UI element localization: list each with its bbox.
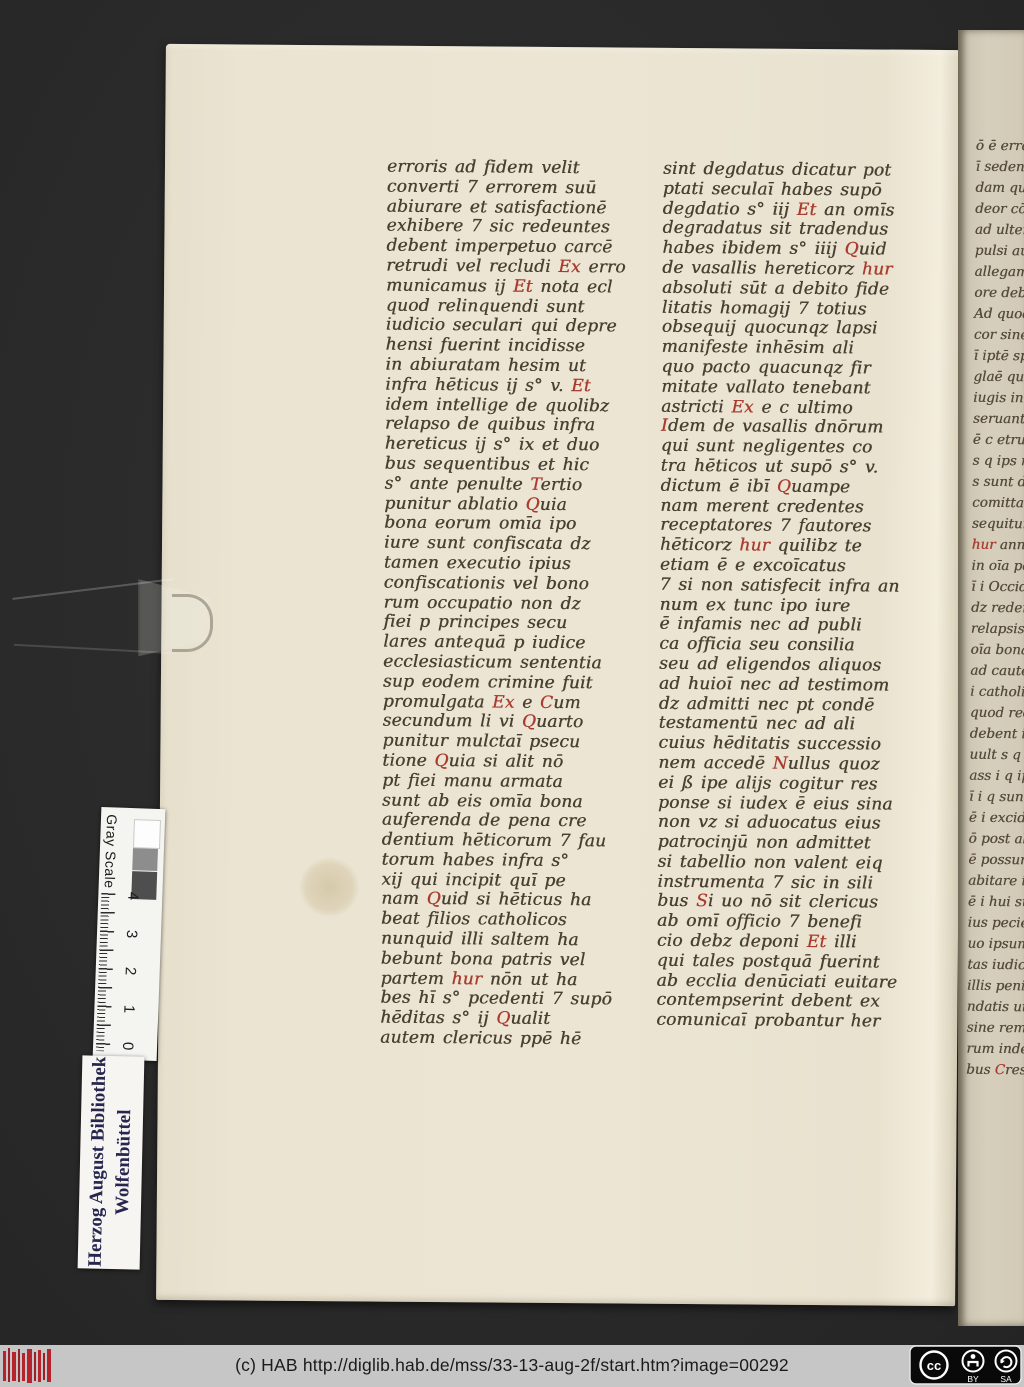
manuscript-line: seruant cu: [973, 409, 1024, 431]
ruler-number: 1: [121, 1000, 138, 1017]
manuscript-line: ī i Occidentē: [971, 577, 1024, 599]
adjacent-page-edge: ō ē errorī sedentēdam qui rdeor cōllatad…: [958, 30, 1024, 1326]
ruler-ticks-major: [96, 893, 116, 1051]
library-label-line2: Wolfenbüttel: [109, 1056, 140, 1269]
manuscript-line: debent iudic: [970, 724, 1024, 746]
manuscript-line: tas iudicio sue: [967, 955, 1024, 977]
manuscript-line: bus Creseruat: [966, 1060, 1024, 1082]
manuscript-line: iugis in illis: [973, 388, 1024, 410]
manuscript-line: dz redempt o: [971, 598, 1024, 620]
ruler-numbers: 43210: [101, 807, 165, 809]
manuscript-line: illis penitus au: [967, 976, 1024, 998]
library-label-line1: Herzog August Bibliothek: [83, 1055, 114, 1268]
gray-scale-ruler: Gray Scale 43210: [93, 807, 166, 1061]
manuscript-line: ius pecierit in: [968, 913, 1024, 935]
manuscript-line: abitare i purg: [968, 871, 1024, 893]
manuscript-line: s q ips mli: [972, 451, 1024, 473]
manuscript-line: ī iptē special: [974, 346, 1024, 368]
manuscript-line: autem clericus ppē hē: [380, 1029, 642, 1051]
text-column-right: sint degdatus dicatur potptati seculaī h…: [656, 160, 925, 1033]
sa-label: SA: [1000, 1374, 1012, 1384]
manuscript-line: ad cautelam: [970, 661, 1024, 683]
manuscript-line: pulsi aut d: [975, 241, 1024, 263]
manuscript-line: ē c etrum s: [973, 430, 1024, 452]
gray-patch-white: [133, 819, 161, 849]
ruler-number: 3: [124, 925, 141, 942]
ruler-number: 2: [122, 963, 139, 980]
manuscript-line: in oīa possess: [971, 556, 1024, 578]
manuscript-line: ō post abiurat: [968, 829, 1024, 851]
digitized-manuscript-photo: erroris ad fidem velitconverti 7 errorem…: [0, 0, 1024, 1387]
gray-patch-mid: [132, 848, 158, 871]
manuscript-line: uo ipsum conu: [967, 934, 1024, 956]
manuscript-line: glaē quorz: [973, 367, 1024, 389]
cc-license-badge: cc BY SA: [909, 1345, 1022, 1385]
manuscript-line: quod reddat: [970, 703, 1024, 725]
text-column-left: erroris ad fidem velitconverti 7 errorem…: [380, 158, 649, 1051]
by-label: BY: [967, 1374, 979, 1384]
manuscript-line: ē i excident: [969, 808, 1024, 830]
manuscript-line: Ad quod nun: [974, 304, 1024, 326]
ruler-number: 0: [120, 1038, 137, 1055]
manuscript-line: ī sedentē: [976, 157, 1024, 179]
manuscript-line: ore debit p: [974, 283, 1024, 305]
adjacent-page-text: ō ē errorī sedentēdam qui rdeor cōllatad…: [966, 136, 1024, 1082]
manuscript-line: ē possum ad se: [968, 850, 1024, 872]
manuscript-line: hur anno: [972, 535, 1024, 557]
footer-bar: (c) HAB http://diglib.hab.de/mss/33-13-a…: [0, 1345, 1024, 1387]
manuscript-line: ad ulteri co: [975, 220, 1024, 242]
manuscript-line: comunicaī probantur her: [656, 1011, 918, 1033]
manuscript-page: erroris ad fidem velitconverti 7 errorem…: [156, 44, 965, 1306]
manuscript-line: oīa bona ip: [970, 640, 1024, 662]
manuscript-line: ō ē error: [976, 136, 1024, 158]
manuscript-line: i catholici fid: [970, 682, 1024, 704]
library-label-text: Herzog August Bibliothek Wolfenbüttel: [78, 1055, 145, 1268]
cc-glyph: cc: [927, 1358, 941, 1373]
manuscript-line: sine remedio a: [966, 1018, 1024, 1040]
manuscript-line: ī i q sunt: [969, 787, 1024, 809]
manuscript-line: sequitur ob ic: [972, 514, 1024, 536]
manuscript-line: ndatis ut in c: [967, 997, 1024, 1019]
copyright-text: (c) HAB http://diglib.hab.de/mss/33-13-a…: [0, 1345, 1024, 1386]
manuscript-line: allegames a: [974, 262, 1024, 284]
manuscript-line: deor cōllat: [975, 199, 1024, 221]
manuscript-line: dam qui r: [975, 178, 1024, 200]
manuscript-line: cor sine ind: [974, 325, 1024, 347]
ruler-number: 4: [125, 888, 142, 905]
parchment-stain: [299, 857, 359, 917]
manuscript-line: uult s q i ēp: [969, 745, 1024, 767]
manuscript-line: relapsis dz: [971, 619, 1024, 641]
manuscript-line: comittatur i: [972, 493, 1024, 515]
manuscript-line: s sunt dant: [972, 472, 1024, 494]
manuscript-line: rum indempnit: [966, 1039, 1024, 1061]
manuscript-line: ē i hui sup s v: [968, 892, 1024, 914]
library-label: Herzog August Bibliothek Wolfenbüttel: [78, 1055, 145, 1269]
manuscript-line: ass i q ipo ha: [969, 766, 1024, 788]
